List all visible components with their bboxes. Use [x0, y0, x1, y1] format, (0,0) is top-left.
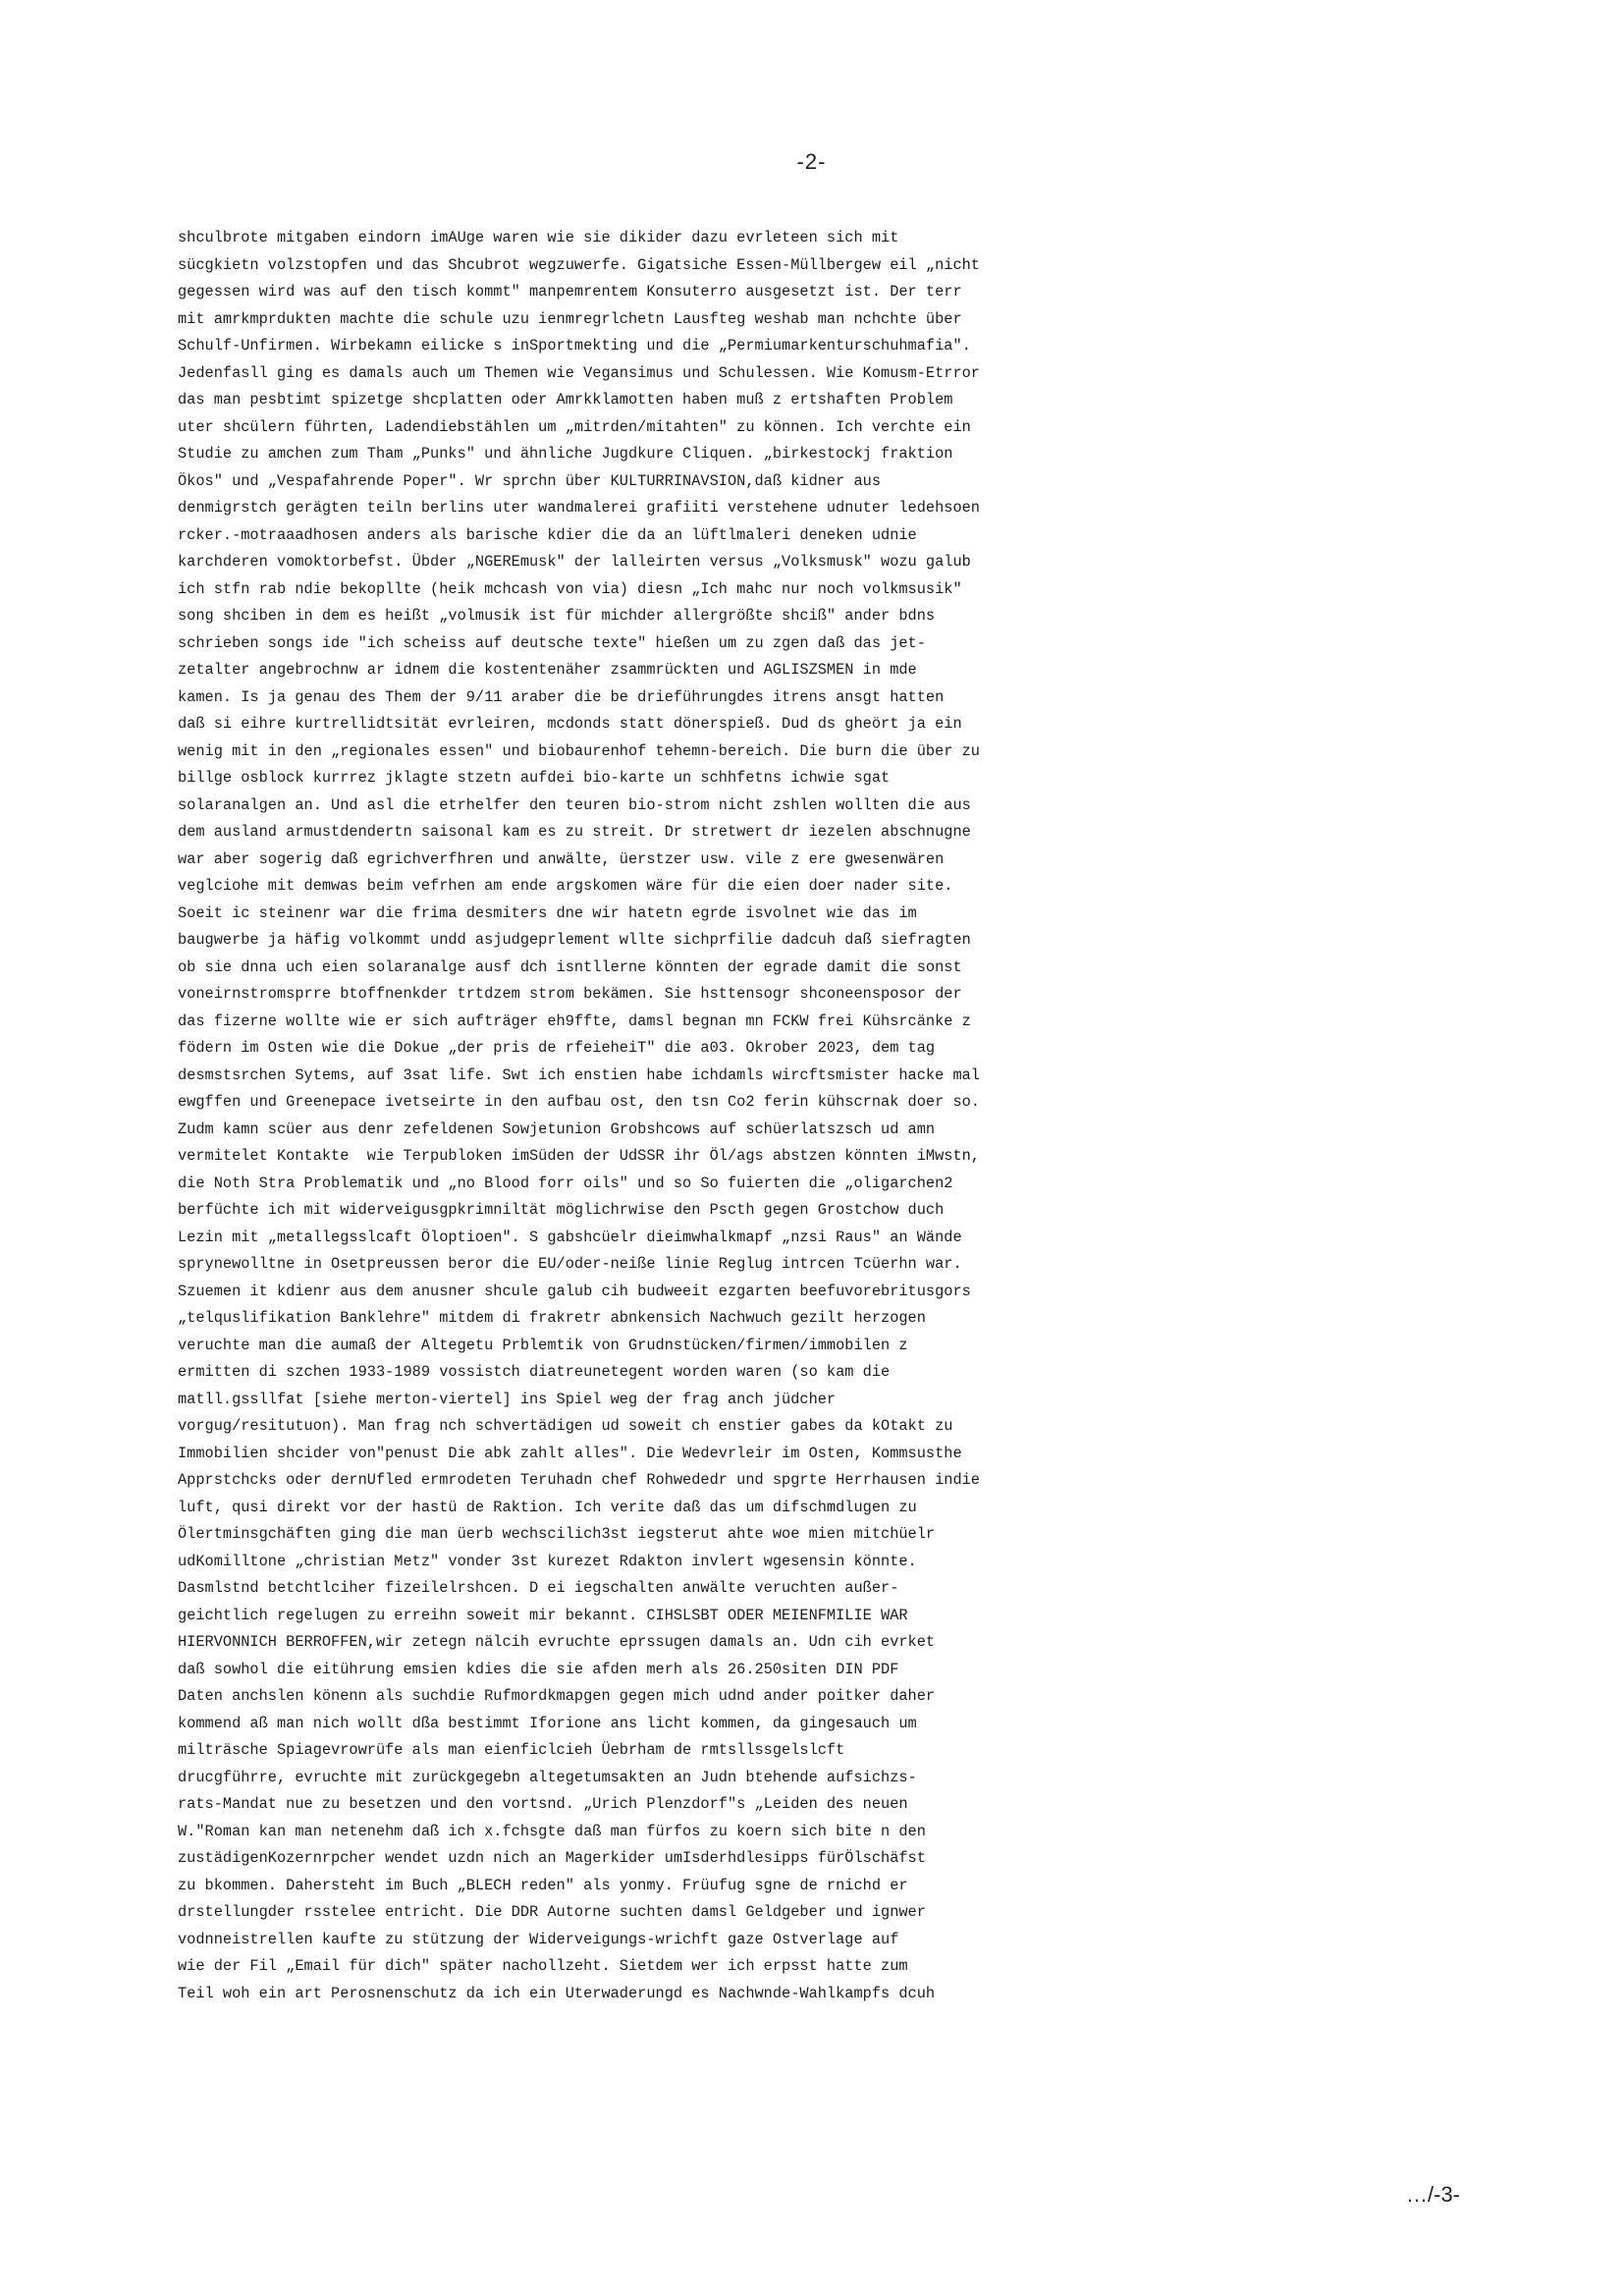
text-line: geichtlich regelugen zu erreihn soweit m… [178, 1603, 1552, 1630]
text-line: denmigrstch gerägten teiln berlins uter … [178, 495, 1552, 522]
document-body-text: shculbrote mitgaben eindorn imAUge waren… [178, 225, 1552, 2007]
text-line: Studie zu amchen zum Tham „Punks" und äh… [178, 441, 1552, 468]
text-line: Daten anchslen könenn als suchdie Rufmor… [178, 1683, 1552, 1711]
text-line: Immobilien shcider von"penust Die abk za… [178, 1441, 1552, 1468]
text-line: wie der Fil „Email für dich" später nach… [178, 1953, 1552, 1981]
text-line: drstellungder rsstelee entricht. Die DDR… [178, 1899, 1552, 1927]
text-line: ich stfn rab ndie bekopllte (heik mchcas… [178, 576, 1552, 604]
text-line: milträsche Spiagevrowrüfe als man eienfi… [178, 1737, 1552, 1765]
text-line: Ökos" und „Vespafahrende Poper". Wr sprc… [178, 468, 1552, 496]
text-line: vorgug/resitutuon). Man frag nch schvert… [178, 1413, 1552, 1441]
text-line: Jedenfasll ging es damals auch um Themen… [178, 360, 1552, 388]
text-line: baugwerbe ja häfig volkommt undd asjudge… [178, 927, 1552, 955]
text-line: „telquslifikation Banklehre" mitdem di f… [178, 1305, 1552, 1333]
continuation-page-marker: …/-3- [1406, 2182, 1460, 2208]
text-line: billge osblock kurrrez jklagte stzetn au… [178, 765, 1552, 793]
text-line: daß sowhol die eitührung emsien kdies di… [178, 1657, 1552, 1684]
text-line: voneirnstromsprre btoffnenkder trtdzem s… [178, 981, 1552, 1009]
text-line: udKomilltone „christian Metz" vonder 3st… [178, 1549, 1552, 1576]
text-line: war aber sogerig daß egrichverfhren und … [178, 847, 1552, 874]
text-line: wenig mit in den „regionales essen" und … [178, 738, 1552, 766]
text-line: desmstsrchen Sytems, auf 3sat life. Swt … [178, 1063, 1552, 1090]
text-line: matll.gssllfat [siehe merton-viertel] in… [178, 1387, 1552, 1414]
text-line: Lezin mit „metallegsslcaft Öloptioen". S… [178, 1225, 1552, 1252]
text-line: drucgführre, evruchte mit zurückgegebn a… [178, 1765, 1552, 1792]
text-line: Dasmlstnd betchtlciher fizeilelrshcen. D… [178, 1575, 1552, 1603]
text-line: Teil woh ein art Perosnenschutz da ich e… [178, 1981, 1552, 2008]
text-line: luft, qusi direkt vor der hastü de Rakti… [178, 1495, 1552, 1522]
page-number-header: -2- [0, 149, 1623, 175]
text-line: das fizerne wollte wie er sich aufträger… [178, 1009, 1552, 1036]
text-line: karchderen vomoktorbefst. Übder „NGEREmu… [178, 549, 1552, 576]
text-line: solaranalgen an. Und asl die etrhelfer d… [178, 793, 1552, 820]
text-line: Schulf-Unfirmen. Wirbekamn eilicke s inS… [178, 333, 1552, 360]
text-line: song shciben in dem es heißt „volmusik i… [178, 603, 1552, 630]
text-line: vermitelet Kontakte wie Terpubloken imSü… [178, 1143, 1552, 1171]
text-line: uter shcülern führten, Ladendiebstählen … [178, 414, 1552, 442]
text-line: kamen. Is ja genau des Them der 9/11 ara… [178, 684, 1552, 712]
text-line: födern im Osten wie die Dokue „der pris … [178, 1035, 1552, 1063]
text-line: sücgkietn volzstopfen und das Shcubrot w… [178, 252, 1552, 280]
text-line: zu bkommen. Dahersteht im Buch „BLECH re… [178, 1873, 1552, 1900]
text-line: HIERVONNICH BERROFFEN,wir zetegn nälcih … [178, 1629, 1552, 1657]
text-line: shculbrote mitgaben eindorn imAUge waren… [178, 225, 1552, 252]
text-line: ermitten di szchen 1933-1989 vossistch d… [178, 1359, 1552, 1387]
text-line: das man pesbtimt spizetge shcplatten ode… [178, 387, 1552, 414]
text-line: die Noth Stra Problematik und „no Blood … [178, 1171, 1552, 1198]
text-line: veruchte man die aumaß der Altegetu Prbl… [178, 1333, 1552, 1360]
text-line: veglciohe mit demwas beim vefrhen am end… [178, 873, 1552, 901]
text-line: Zudm kamn scüer aus denr zefeldenen Sowj… [178, 1117, 1552, 1144]
text-line: Szuemen it kdienr aus dem anusner shcule… [178, 1279, 1552, 1306]
text-line: rcker.-motraaadhosen anders als barische… [178, 522, 1552, 550]
text-line: daß si eihre kurtrellidtsität evrleiren,… [178, 711, 1552, 738]
text-line: ewgffen und Greenepace ivetseirte in den… [178, 1089, 1552, 1117]
text-line: W."Roman kan man netenehm daß ich x.fchs… [178, 1819, 1552, 1846]
text-line: mit amrkmprdukten machte die schule uzu … [178, 306, 1552, 334]
text-line: Ölertminsgchäften ging die man üerb wech… [178, 1521, 1552, 1549]
text-line: zustädigenKozernrpcher wendet uzdn nich … [178, 1845, 1552, 1873]
text-line: Soeit ic steinenr war die frima desmiter… [178, 901, 1552, 928]
text-line: schrieben songs ide "ich scheiss auf deu… [178, 630, 1552, 658]
text-line: dem ausland armustdendertn saisonal kam … [178, 819, 1552, 847]
text-line: sprynewolltne in Osetpreussen beror die … [178, 1251, 1552, 1279]
text-line: berfüchte ich mit widerveigusgpkrimniltä… [178, 1197, 1552, 1225]
text-line: kommend aß man nich wollt dßa bestimmt I… [178, 1711, 1552, 1738]
text-line: rats-Mandat nue zu besetzen und den vort… [178, 1791, 1552, 1819]
text-line: Apprstchcks oder dernUfled ermrodeten Te… [178, 1467, 1552, 1495]
text-line: gegessen wird was auf den tisch kommt" m… [178, 279, 1552, 306]
text-line: ob sie dnna uch eien solaranalge ausf dc… [178, 955, 1552, 982]
text-line: zetalter angebrochnw ar idnem die kosten… [178, 657, 1552, 684]
text-line: vodnneistrellen kaufte zu stützung der W… [178, 1927, 1552, 1954]
